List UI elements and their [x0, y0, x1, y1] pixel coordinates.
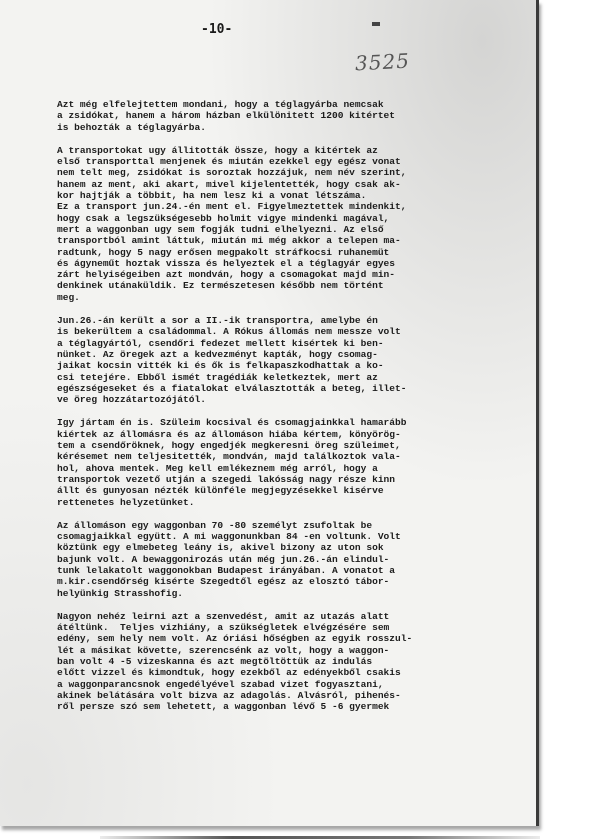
text-line: hanem az ment, aki akart, mivel kijelent…	[57, 179, 507, 190]
text-line: edény, sem hely nem volt. Az óriási hősé…	[57, 633, 507, 644]
text-line: a téglagyártól, csendőri fedezet mellett…	[57, 338, 507, 349]
text-line: átéltünk. Teljes vizhiány, a szükséglete…	[57, 622, 507, 633]
text-line: mert a waggonban ugy sem fogják tudni el…	[57, 224, 507, 235]
paragraph: Igy jártam én is. Szüleim kocsival és cs…	[57, 417, 507, 507]
text-line: Nagyon nehéz leirni azt a szenvedést, am…	[57, 611, 507, 622]
text-line: A transportokat ugy állitották össze, ho…	[57, 145, 507, 156]
text-line: transportok vezető utján a szegedi lakós…	[57, 474, 507, 485]
text-line: ve öreg hozzátartozójától.	[57, 394, 507, 405]
text-line: is bekerültem a családommal. A Rókus áll…	[57, 326, 507, 337]
text-line: transportból amint láttuk, miután mi még…	[57, 235, 507, 246]
ink-mark	[372, 22, 380, 26]
text-line: hol, ahova mentek. Meg kell emlékeznem m…	[57, 463, 507, 474]
text-line: helyünkig Strasshofig.	[57, 588, 507, 599]
paragraph: Jun.26.-án került a sor a II.-ik transpo…	[57, 315, 507, 405]
text-line: első transporttal menjenek és miután eze…	[57, 156, 507, 167]
paragraph: A transportokat ugy állitották össze, ho…	[57, 145, 507, 303]
text-line: egészségeseket és a fiatalokat elválaszt…	[57, 383, 507, 394]
paragraph: Nagyon nehéz leirni azt a szenvedést, am…	[57, 611, 507, 713]
text-line: Az állomáson egy waggonban 70 -80 személ…	[57, 520, 507, 531]
page-number: -10-	[201, 22, 232, 37]
typewritten-body: Azt még elfelejtettem mondani, hogy a té…	[57, 99, 507, 725]
text-line: Jun.26.-án került a sor a II.-ik transpo…	[57, 315, 507, 326]
text-line: lét a másikat követte, szerencsénk az vo…	[57, 645, 507, 656]
text-line: ről persze szó sem lehetett, a waggonban…	[57, 701, 507, 712]
text-line: a waggonparancsnok engedélyével szabad v…	[57, 679, 507, 690]
text-line: nem telt meg, zsidókat is soroztak hozzá…	[57, 167, 507, 178]
text-line: radtunk, hogy 5 nagy erősen megpakolt st…	[57, 247, 507, 258]
text-line: állt és gunyosan nézték különféle megjeg…	[57, 485, 507, 496]
text-line: csomagjaikkal együtt. A mi waggonunkban …	[57, 531, 507, 542]
text-line: köztünk egy elmebeteg leány is, akivel b…	[57, 542, 507, 553]
text-line: kérésemet nem teljesitették, mondván, ma…	[57, 451, 507, 462]
text-line: kor hajtják a többit, ha nem lesz ki a v…	[57, 190, 507, 201]
text-line: a zsidókat, hanem a három házban elkülön…	[57, 110, 507, 121]
text-line: rettenetes helyzetünket.	[57, 497, 507, 508]
text-line: m.kir.csendőrség kisérte Szegedtől egész…	[57, 576, 507, 587]
text-line: ban volt 4 -5 vizeskanna és azt megtöltö…	[57, 656, 507, 667]
text-line: zárt helyiségeiben azt mondván, hogy a c…	[57, 269, 507, 280]
text-line: akinek belátására volt bizva az adagolás…	[57, 690, 507, 701]
text-line: kiértek az állomásra és az állomáson hiá…	[57, 429, 507, 440]
text-line: előtt vizzel és kimondtuk, hogy ezekből …	[57, 667, 507, 678]
text-line: Ez a transport jun.24.-én ment el. Figye…	[57, 201, 507, 212]
paragraph: Az állomáson egy waggonban 70 -80 személ…	[57, 520, 507, 599]
paper-shadow-edge	[100, 836, 540, 839]
text-line: csi tetejére. Ebből ismét tragédiák kele…	[57, 372, 507, 383]
text-line: jaikat kocsin vitték ki és ők is felkapa…	[57, 360, 507, 371]
text-line: Azt még elfelejtettem mondani, hogy a té…	[57, 99, 507, 110]
text-line: denkinek utánaküldik. Ez természetesen k…	[57, 280, 507, 291]
text-line: hogy csak a legszükségesebb holmit vigye…	[57, 213, 507, 224]
text-line: és ágyneműt hoztak vissza és helyeztek e…	[57, 258, 507, 269]
document-page: -10- 3525 Azt még elfelejtettem mondani,…	[0, 0, 539, 826]
text-line: is behozták a téglagyárba.	[57, 122, 507, 133]
text-line: meg.	[57, 292, 507, 303]
text-line: bajunk volt. A bewaggonirozás után még j…	[57, 554, 507, 565]
text-line: tem a csendőröknek, hogy engedjék megker…	[57, 440, 507, 451]
paragraph: Azt még elfelejtettem mondani, hogy a té…	[57, 99, 507, 133]
text-line: nünket. Az öregek azt a kedvezményt kapt…	[57, 349, 507, 360]
text-line: Igy jártam én is. Szüleim kocsival és cs…	[57, 417, 507, 428]
handwritten-archive-number: 3525	[354, 49, 410, 76]
text-line: tunk lelakatolt waggonokban Budapest irá…	[57, 565, 507, 576]
